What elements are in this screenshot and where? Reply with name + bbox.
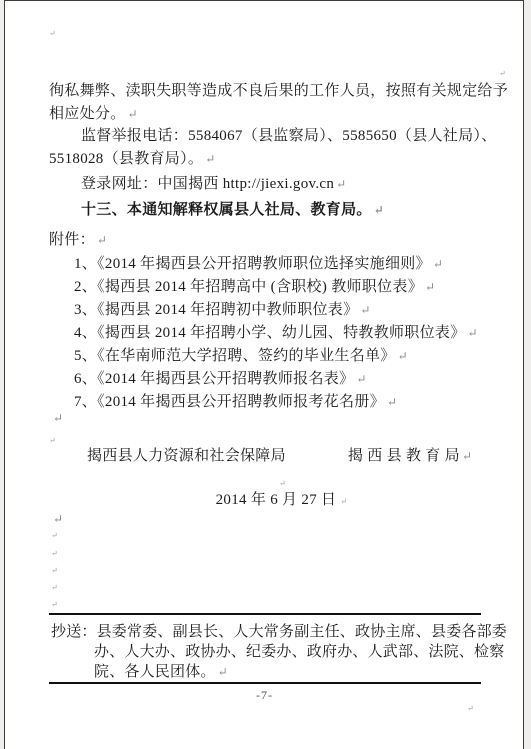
paragraph-mark-icon: ↵ xyxy=(398,349,408,363)
signature-row: 揭西县人力资源和社会保障局揭 西 县 教 育 局↵ xyxy=(87,445,472,468)
paragraph-mark-icon: ↵ xyxy=(468,326,478,340)
copy-line: 办、人大办、政协办、纪委办、政府办、人武部、法院、检察 xyxy=(94,642,504,662)
website-text: 登录网址：中国揭西 http://jiexi.gov.cn xyxy=(81,176,334,192)
attachment-text: 1、《2014 年揭西县公开招聘教师职位选择实施细则》 xyxy=(74,256,431,272)
attachment-text: 4、《揭西县 2014 年招聘小学、幼儿园、特教教师职位表》 xyxy=(74,325,466,341)
label-text: 附件： xyxy=(49,232,95,248)
screenshot-root: { "colors": { "text": "#1b1b1b", "paragr… xyxy=(0,0,531,749)
attachment-item: 1、《2014 年揭西县公开招聘教师职位选择实施细则》↵ xyxy=(74,253,443,276)
paragraph-mark-icon: ↵ xyxy=(425,280,435,294)
attachment-text: 6、《2014 年揭西县公开招聘教师报名表》 xyxy=(74,371,354,387)
phone-line: 监督举报电话：5584067（县监察局）、5585650（县人社局）、 xyxy=(81,125,497,148)
format-mark: ↵ xyxy=(279,480,286,488)
format-mark: ↵ xyxy=(51,567,58,575)
format-mark: ↵ xyxy=(340,497,347,506)
format-mark: ↵ xyxy=(51,584,58,592)
section-13-heading: 十三、本通知解释权属县人社局、教育局。↵ xyxy=(81,199,384,222)
attachments-label: 附件：↵ xyxy=(49,229,107,252)
document-page: ↵ ↵ 徇私舞弊、渎职失职等造成不良后果的工作人员，按照有关规定给予 相应处分。… xyxy=(4,0,524,749)
paragraph-mark-icon: ↵ xyxy=(53,411,63,426)
copy-rule-bottom xyxy=(49,682,481,684)
paragraph-mark-icon: ↵ xyxy=(53,512,63,527)
copy-text: 县委常委、副县长、人大常务副主任、政协主席、县委各部委 xyxy=(97,624,507,640)
body-text: 相应处分。 xyxy=(49,106,126,122)
phone-line: 5518028（县教育局）。↵ xyxy=(49,148,216,171)
paragraph-mark-icon: ↵ xyxy=(387,395,397,409)
paragraph-mark-icon: ↵ xyxy=(360,303,370,317)
body-text: 5518028（县教育局）。 xyxy=(49,151,203,167)
format-mark: ↵ xyxy=(51,601,58,609)
attachment-text: 7、《2014 年揭西县公开招聘教师报考花名册》 xyxy=(74,394,385,410)
copy-line: 抄送：县委常委、副县长、人大常务副主任、政协主席、县委各部委 xyxy=(51,622,507,642)
body-paragraph-line: 相应处分。↵ xyxy=(49,103,138,126)
paragraph-mark-icon: ↵ xyxy=(336,177,346,191)
attachment-item: 5、《在华南师范大学招聘、签约的毕业生名单》↵ xyxy=(74,345,408,368)
paragraph-mark-icon: ↵ xyxy=(97,233,107,247)
paragraph-mark-icon: ↵ xyxy=(433,257,443,271)
copy-rule-top xyxy=(49,613,481,615)
signature-hr-bureau: 揭西县人力资源和社会保障局 xyxy=(87,448,286,464)
format-mark: ↵ xyxy=(51,532,58,540)
paragraph-mark-icon: ↵ xyxy=(374,203,384,217)
page-number: -7- xyxy=(49,688,480,703)
format-mark: ↵ xyxy=(467,705,474,713)
signature-education-bureau: 揭 西 县 教 育 局 xyxy=(348,448,460,464)
format-mark: ↵ xyxy=(49,437,56,445)
attachment-item: 2、《揭西县 2014 年招聘高中 (含职校) 教师职位表》↵ xyxy=(74,276,435,299)
attachment-item: 6、《2014 年揭西县公开招聘教师报名表》↵ xyxy=(74,368,367,391)
format-mark: ↵ xyxy=(499,70,506,78)
format-mark: ↵ xyxy=(49,30,56,38)
paragraph-mark-icon: ↵ xyxy=(205,152,215,166)
website-line: 登录网址：中国揭西 http://jiexi.gov.cn↵ xyxy=(81,173,347,196)
heading-text: 十三、本通知解释权属县人社局、教育局。 xyxy=(81,202,372,218)
paragraph-mark-icon: ↵ xyxy=(356,372,366,386)
paragraph-mark-icon: ↵ xyxy=(128,107,138,121)
format-mark: ↵ xyxy=(51,550,58,558)
paragraph-mark-icon: ↵ xyxy=(462,449,472,463)
attachment-text: 5、《在华南师范大学招聘、签约的毕业生名单》 xyxy=(74,348,396,364)
attachment-item: 7、《2014 年揭西县公开招聘教师报考花名册》↵ xyxy=(74,391,397,414)
attachment-item: 3、《揭西县 2014 年招聘初中教师职位表》↵ xyxy=(74,299,371,322)
paragraph-mark-icon: ↵ xyxy=(218,665,228,679)
body-paragraph-line: 徇私舞弊、渎职失职等造成不良后果的工作人员，按照有关规定给予 xyxy=(49,80,508,103)
date-text: 2014 年 6 月 27 日 xyxy=(216,492,337,508)
page-number-text: -7- xyxy=(256,688,273,702)
date-line: 2014 年 6 月 27 日↵ xyxy=(66,489,497,512)
attachment-text: 3、《揭西县 2014 年招聘初中教师职位表》 xyxy=(74,302,358,318)
attachment-text: 2、《揭西县 2014 年招聘高中 (含职校) 教师职位表》 xyxy=(74,279,423,295)
copy-label: 抄送： xyxy=(51,624,97,640)
copy-line: 院、各人民团体。↵ xyxy=(94,662,228,682)
copy-text: 院、各人民团体。 xyxy=(94,664,216,680)
attachment-item: 4、《揭西县 2014 年招聘小学、幼儿园、特教教师职位表》↵ xyxy=(74,322,478,345)
